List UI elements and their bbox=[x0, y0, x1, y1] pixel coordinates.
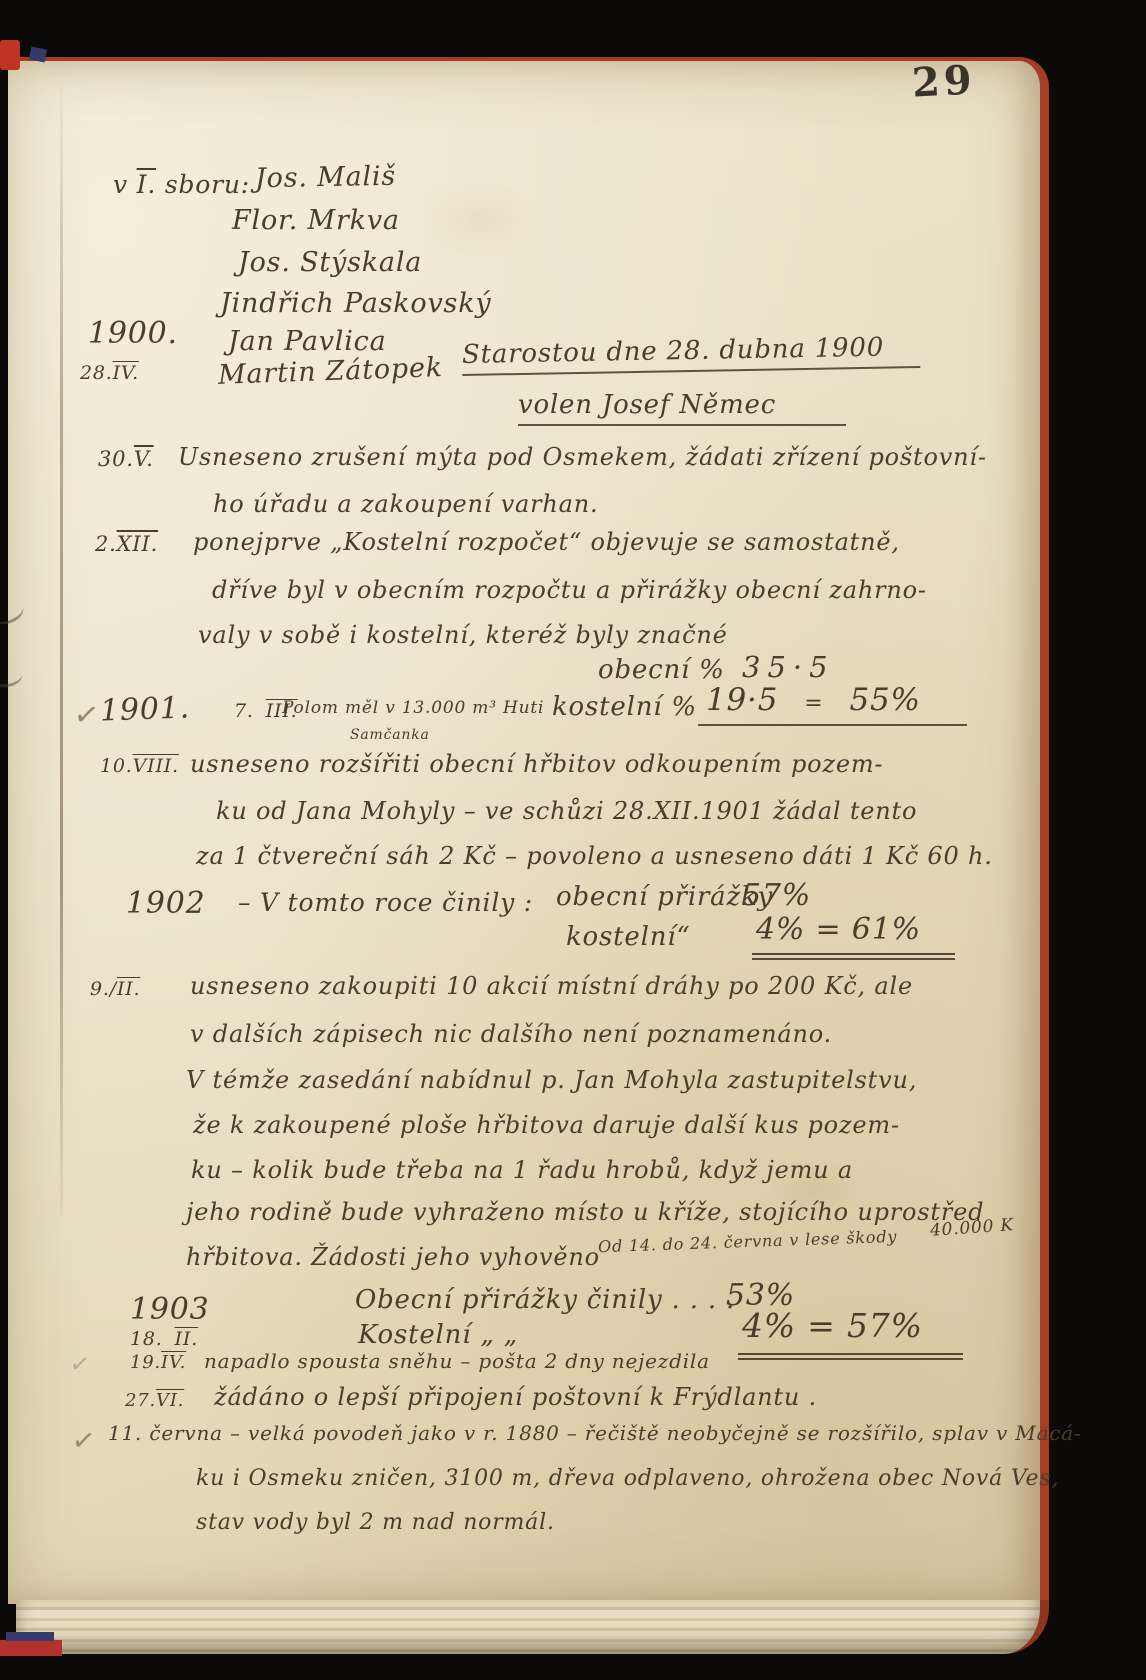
checkmark: ✓ bbox=[72, 696, 103, 734]
entry-line: za 1 čtvereční sáh 2 Kč – povoleno a usn… bbox=[196, 842, 993, 870]
entry-line: ponejprve „Kostelní rozpočet“ objevuje s… bbox=[193, 528, 900, 556]
page-number: 29 bbox=[911, 56, 977, 106]
entry-line: ku – kolik bude třeba na 1 řadu hrobů, k… bbox=[191, 1156, 853, 1184]
tax-value-group: 4% = 61% bbox=[752, 912, 955, 947]
margin-year: 1902 bbox=[126, 886, 206, 921]
entry-line: žádáno o lepší připojení poštovní k Frýd… bbox=[214, 1383, 817, 1411]
margin-date: 10.VIII. bbox=[100, 755, 179, 777]
paper-stain bbox=[420, 180, 540, 260]
tax-label: Obecní přirážky činily . . . . bbox=[355, 1285, 735, 1315]
margin-date: 28.IV. bbox=[80, 362, 139, 384]
entry-line: ku i Osmeku zničen, 3100 m, dřeva odplav… bbox=[196, 1466, 1059, 1491]
tax-value: 4% = 61% bbox=[752, 912, 955, 960]
page-edge-stack bbox=[16, 1600, 1049, 1654]
margin-date: 27.VI. bbox=[125, 1390, 184, 1411]
roster-name: Jindřich Paskovský bbox=[220, 288, 491, 319]
entry-line: V témže zasedání nabídnul p. Jan Mohyla … bbox=[186, 1066, 917, 1094]
tax-value: 19·5 bbox=[706, 682, 778, 718]
roster-name: Jos. Stýskala bbox=[238, 247, 422, 278]
margin-date: 19.IV. bbox=[130, 1352, 186, 1373]
entry-line: ku od Jana Mohyly – ve schůzi 28.XII.190… bbox=[216, 797, 917, 825]
entry-line: v dalších zápisech nic dalšího není pozn… bbox=[190, 1020, 832, 1048]
tax-value: 55% bbox=[849, 682, 920, 718]
entry-line: dříve byl v obecním rozpočtu a přirážky … bbox=[212, 576, 927, 604]
tax-label: kostelní“ bbox=[566, 922, 690, 952]
entry-line: usneseno zakoupiti 10 akcií místní dráhy… bbox=[190, 972, 913, 1000]
tax-label: obecní přirážky bbox=[556, 882, 773, 912]
margin-date: 30.V. bbox=[98, 447, 154, 471]
margin-year: 1900. bbox=[88, 316, 178, 351]
margin-year: 1903 bbox=[130, 1292, 210, 1327]
election-line: volen Josef Němec bbox=[518, 390, 846, 420]
tax-value-group: 19·5=55% bbox=[698, 682, 967, 718]
entry-line: valy v sobě i kostelní, kteréž byly znač… bbox=[198, 621, 728, 649]
roster-name: Jos. Mališ bbox=[255, 161, 397, 194]
tax-value: 57% bbox=[742, 878, 811, 913]
entry-line: stav vody byl 2 m nad normál. bbox=[196, 1510, 555, 1535]
interlinear-note: Samčanka bbox=[350, 727, 430, 743]
cover-edge-fragment bbox=[0, 40, 20, 70]
tax-value: 35·5 bbox=[742, 650, 835, 684]
checkmark: ✓ bbox=[68, 1349, 93, 1380]
margin-year: 1901. bbox=[99, 690, 190, 728]
entry-line: hřbitova. Žádosti jeho vyhověno bbox=[186, 1243, 600, 1271]
tax-label: Kostelní „ „ bbox=[358, 1320, 518, 1350]
checkmark: ✓ bbox=[70, 1422, 99, 1458]
entry-line: jeho rodině bude vyhraženo místo u kříže… bbox=[186, 1198, 984, 1226]
tax-value-group: 4% = 57% bbox=[738, 1306, 963, 1345]
tax-label: kostelní % bbox=[552, 692, 697, 722]
chronicle-photo: 29 v I. sboru: Jos. Mališ Flor. Mrkva Jo… bbox=[0, 0, 1146, 1680]
tax-label: obecní % bbox=[598, 655, 725, 685]
cover-edge-fragment bbox=[6, 1632, 54, 1641]
entry-line: usneseno rozšířiti obecní hřbitov odkoup… bbox=[190, 750, 883, 778]
roster-intro: v I. sboru: bbox=[113, 170, 250, 199]
tax-value: 4% = 57% bbox=[738, 1306, 963, 1360]
roster-name: Jan Pavlica bbox=[228, 326, 387, 357]
entry-line: 11. června – velká povodeň jako v r. 188… bbox=[108, 1421, 1082, 1445]
entry-line: že k zakoupené ploše hřbitova daruje dal… bbox=[193, 1111, 900, 1139]
roster-name: Flor. Mrkva bbox=[232, 205, 400, 236]
equals-sign: = bbox=[804, 691, 823, 716]
interlinear-note: Polom měl v 13.000 m³ Huti bbox=[282, 698, 544, 718]
entry-line: ho úřadu a zakoupení varhan. bbox=[213, 490, 598, 518]
entry-line: – V tomto roce činily : bbox=[238, 888, 533, 917]
cover-edge-fragment bbox=[0, 1640, 62, 1656]
margin-date: 9./II. bbox=[90, 978, 140, 1000]
entry-line: napadlo spousta sněhu – pošta 2 dny neje… bbox=[204, 1349, 710, 1373]
page-crease bbox=[60, 70, 63, 1215]
margin-date: 2.XII. bbox=[95, 532, 158, 556]
entry-line: Usneseno zrušení mýta pod Osmekem, žádat… bbox=[178, 443, 987, 471]
margin-date: 18.II. bbox=[130, 1328, 198, 1350]
